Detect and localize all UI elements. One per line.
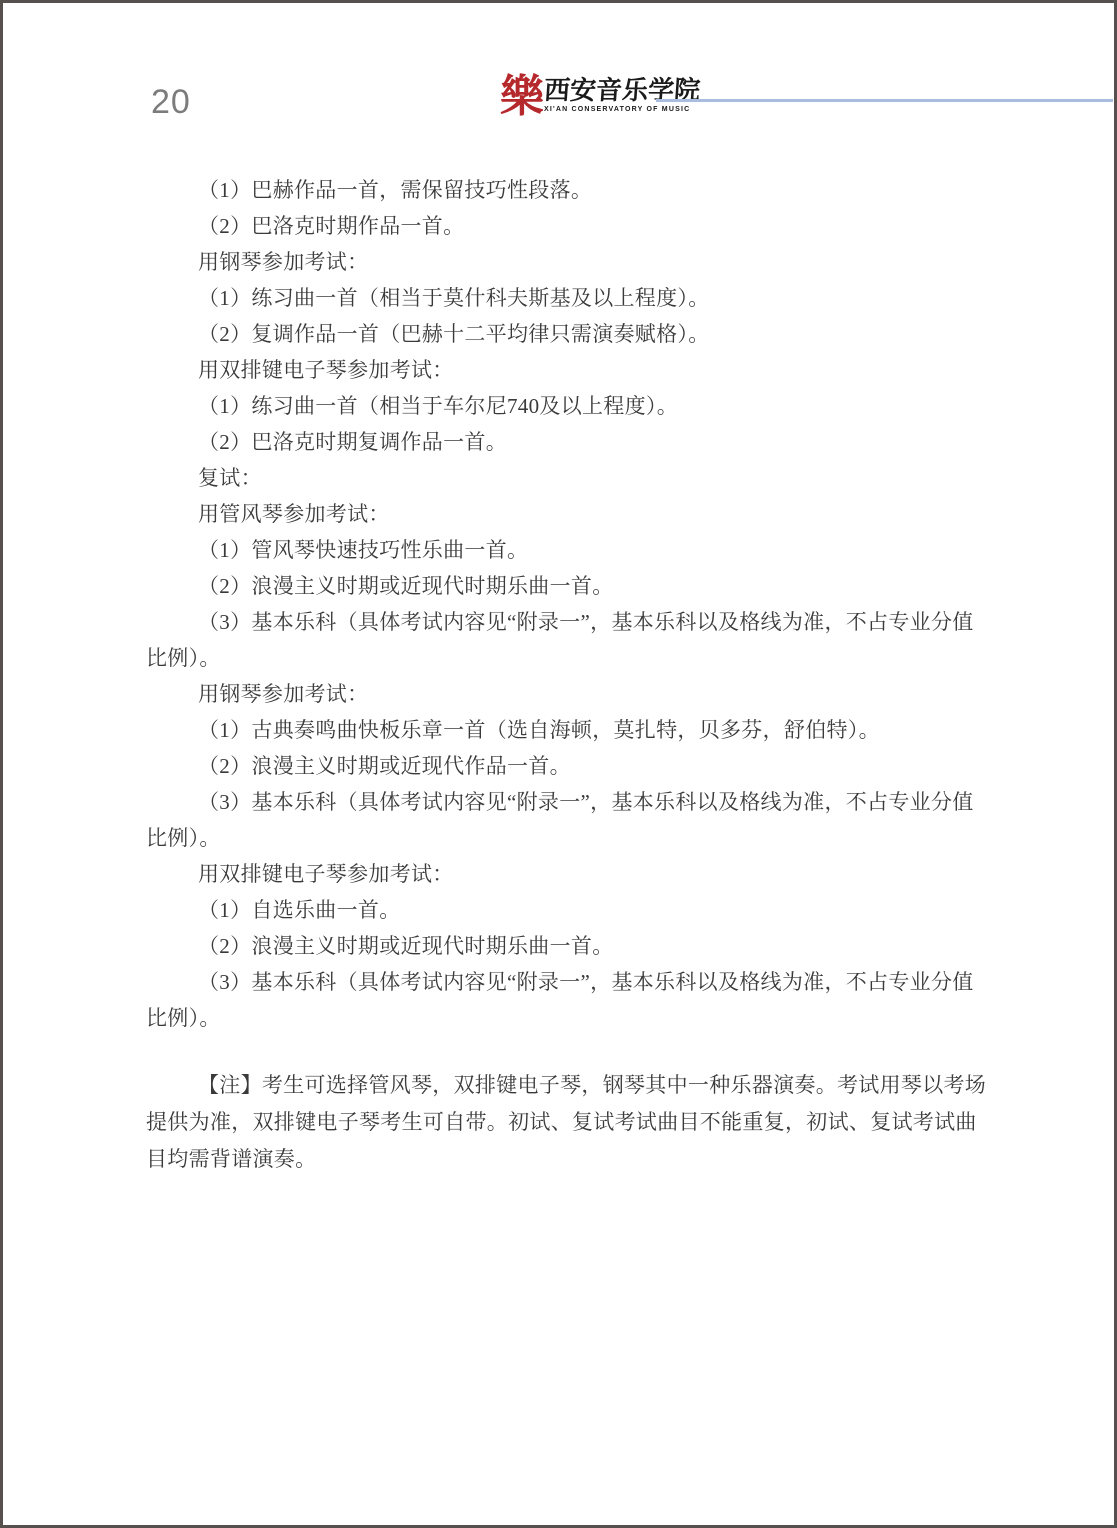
text-line: （1）巴赫作品一首，需保留技巧性段落。 xyxy=(146,172,994,208)
text-line: （2）巴洛克时期作品一首。 xyxy=(146,208,994,244)
body-text: （1）巴赫作品一首，需保留技巧性段落。（2）巴洛克时期作品一首。用钢琴参加考试：… xyxy=(146,172,994,1178)
exam-requirements-block: （1）巴赫作品一首，需保留技巧性段落。（2）巴洛克时期作品一首。用钢琴参加考试：… xyxy=(146,172,994,1036)
logo-names: 西安音乐学院 XI'AN CONSERVATORY OF MUSIC xyxy=(544,69,700,114)
text-line: 用管风琴参加考试： xyxy=(146,496,994,532)
text-line: （1）练习曲一首（相当于车尔尼740及以上程度）。 xyxy=(146,388,994,424)
text-line: （1）古典奏鸣曲快板乐章一首（选自海顿，莫扎特，贝多芬，舒伯特）。 xyxy=(146,712,994,748)
text-line: （2）浪漫主义时期或近现代时期乐曲一首。 xyxy=(146,568,994,604)
header-rule-line xyxy=(656,99,1113,102)
seal-icon: 樂 xyxy=(500,69,536,125)
text-line: （1）自选乐曲一首。 xyxy=(146,892,994,928)
text-line: （1）管风琴快速技巧性乐曲一首。 xyxy=(146,532,994,568)
text-line: 用钢琴参加考试： xyxy=(146,676,994,712)
text-line: 比例）。 xyxy=(146,1000,994,1036)
text-line: （2）浪漫主义时期或近现代作品一首。 xyxy=(146,748,994,784)
text-line: 用钢琴参加考试： xyxy=(146,244,994,280)
text-line: （2）复调作品一首（巴赫十二平均律只需演奏赋格）。 xyxy=(146,316,994,352)
page-number: 20 xyxy=(151,83,191,121)
text-line: 比例）。 xyxy=(146,640,994,676)
conservatory-logo: 樂 西安音乐学院 XI'AN CONSERVATORY OF MUSIC xyxy=(500,69,700,125)
logo-english-name: XI'AN CONSERVATORY OF MUSIC xyxy=(544,106,700,114)
text-line: 复试： xyxy=(146,460,994,496)
text-line: 比例）。 xyxy=(146,820,994,856)
text-line: （1）练习曲一首（相当于莫什科夫斯基及以上程度）。 xyxy=(146,280,994,316)
text-line: 用双排键电子琴参加考试： xyxy=(146,352,994,388)
text-line: （2）浪漫主义时期或近现代时期乐曲一首。 xyxy=(146,928,994,964)
text-line: （3）基本乐科（具体考试内容见“附录一”，基本乐科以及格线为准，不占专业分值 xyxy=(146,964,994,1000)
text-line: 目均需背谱演奏。 xyxy=(146,1141,994,1178)
text-line: 【注】考生可选择管风琴，双排键电子琴，钢琴其中一种乐器演奏。考试用琴以考场 xyxy=(146,1067,994,1104)
text-line: （2）巴洛克时期复调作品一首。 xyxy=(146,424,994,460)
document-page: 20 樂 西安音乐学院 XI'AN CONSERVATORY OF MUSIC … xyxy=(0,0,1117,1528)
text-line: 提供为准，双排键电子琴考生可自带。初试、复试考试曲目不能重复，初试、复试考试曲 xyxy=(146,1104,994,1141)
text-line: 用双排键电子琴参加考试： xyxy=(146,856,994,892)
text-line: （3）基本乐科（具体考试内容见“附录一”，基本乐科以及格线为准，不占专业分值 xyxy=(146,784,994,820)
text-line: （3）基本乐科（具体考试内容见“附录一”，基本乐科以及格线为准，不占专业分值 xyxy=(146,604,994,640)
note-block: 【注】考生可选择管风琴，双排键电子琴，钢琴其中一种乐器演奏。考试用琴以考场提供为… xyxy=(146,1067,994,1178)
paragraph-spacer xyxy=(146,1036,994,1067)
